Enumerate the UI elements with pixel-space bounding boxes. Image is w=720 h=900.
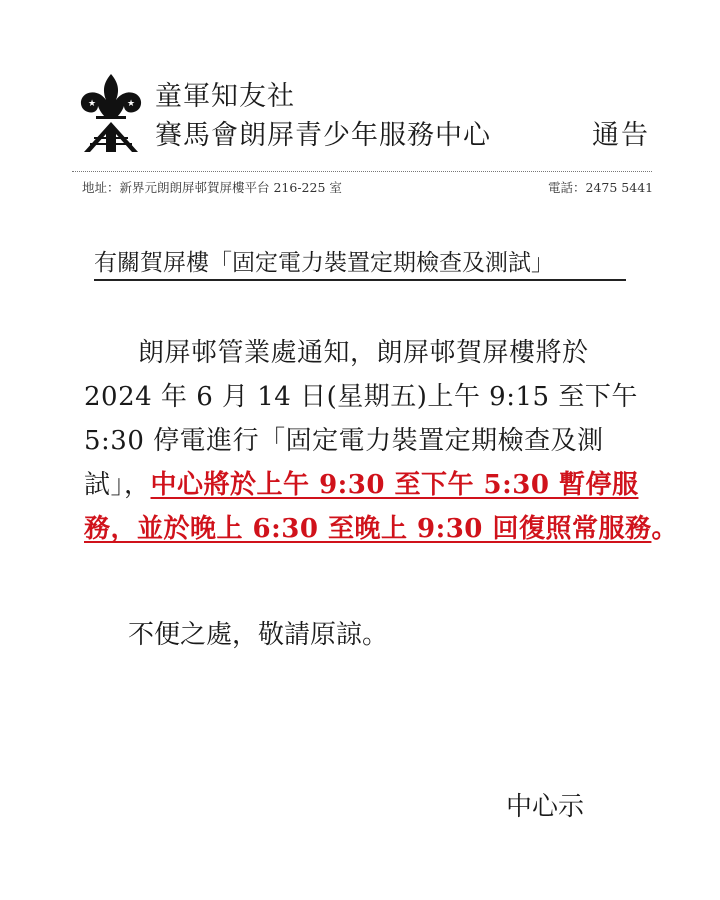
- scout-logo-icon: ★ ★: [76, 72, 146, 154]
- phone-number: 電話：2475 5441: [548, 178, 653, 196]
- body-line-1: 朗屏邨管業處通知，朗屏邨賀屏樓將於: [84, 331, 654, 375]
- address: 地址：新界元朗朗屏邨賀屏樓平台 216-225 室: [82, 178, 342, 196]
- notice-body: 朗屏邨管業處通知，朗屏邨賀屏樓將於 2024 年 6 月 14 日(星期五)上午…: [84, 331, 654, 551]
- body-line-2: 2024 年 6 月 14 日(星期五)上午 9:15 至下午: [84, 375, 654, 419]
- body-line-4-plain: 試」，: [84, 470, 151, 500]
- center-name: 賽馬會朗屏青少年服務中心: [155, 113, 491, 152]
- notice-subject: 有關賀屏樓「固定電力裝置定期檢查及測試」: [94, 244, 626, 281]
- organization-name: 童軍知友社: [155, 74, 295, 113]
- body-line-4: 試」，中心將於上午 9:30 至下午 5:30 暫停服: [84, 463, 654, 507]
- body-line-5-end: 。: [651, 514, 678, 544]
- closing-apology: 不便之處，敬請原諒。: [128, 614, 388, 651]
- svg-text:★: ★: [127, 99, 135, 109]
- notice-label: 通告: [592, 113, 650, 152]
- signature: 中心示: [506, 786, 584, 823]
- body-line-3: 5:30 停電進行「固定電力裝置定期檢查及測: [84, 419, 654, 463]
- service-suspension-highlight: 中心將於上午 9:30 至下午 5:30 暫停服: [151, 470, 639, 500]
- svg-text:★: ★: [88, 99, 96, 109]
- service-resume-highlight: 務，並於晚上 6:30 至晚上 9:30 回復照常服務: [84, 514, 651, 544]
- header-divider: [72, 171, 652, 172]
- body-line-5: 務，並於晚上 6:30 至晚上 9:30 回復照常服務。: [84, 507, 654, 551]
